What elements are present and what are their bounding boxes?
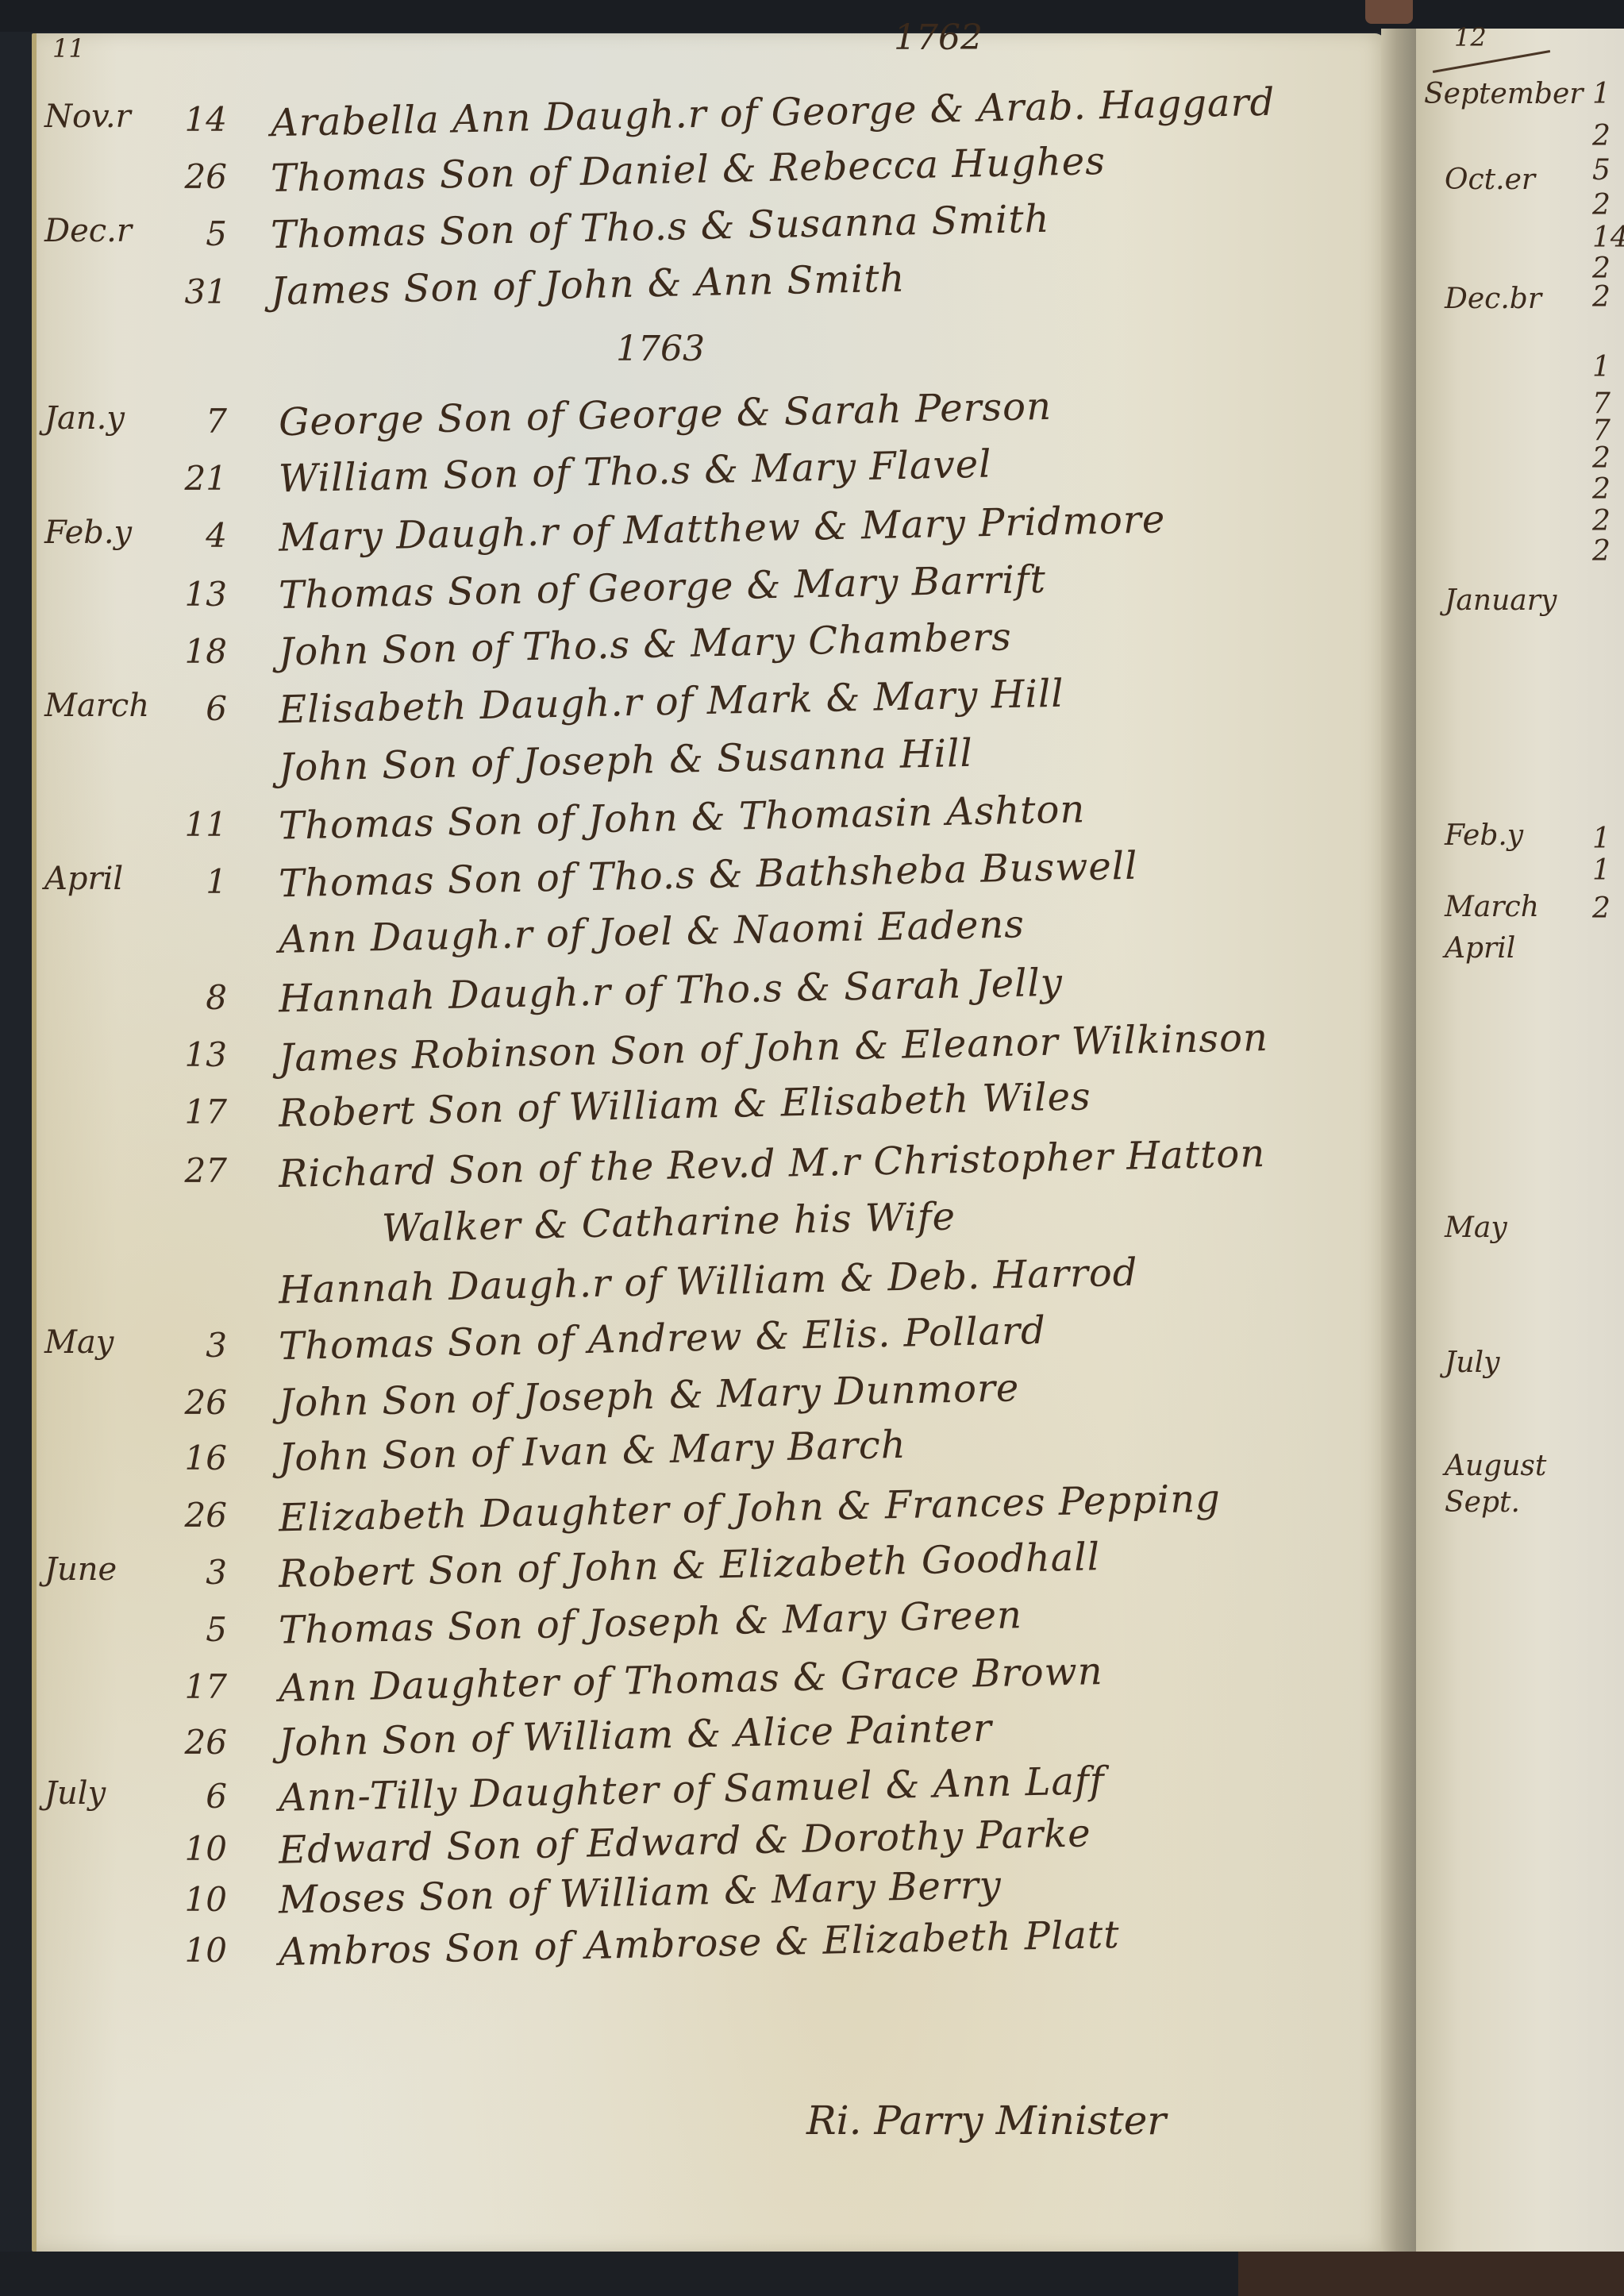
- entry-day: 6: [156, 689, 227, 728]
- right-page-day: 2: [1592, 189, 1611, 222]
- right-page-day: 1: [1592, 854, 1611, 887]
- folio-mark: 12: [1454, 22, 1487, 52]
- right-page-month: April: [1445, 932, 1515, 965]
- entry-text: Robert Son of William & Elisabeth Wiles: [279, 1074, 1092, 1135]
- binding-tab: [1365, 0, 1413, 24]
- left-page: 11 1762 1763 Nov.r14Arabella Ann Daugh.r…: [32, 33, 1386, 2252]
- entry-day: 7: [156, 402, 227, 441]
- entry-text: Thomas Son of Tho.s & Bathsheba Buswell: [279, 844, 1138, 907]
- right-page-day: 14: [1592, 222, 1624, 254]
- entry-month: Nov.r: [44, 98, 131, 135]
- entry-text: Arabella Ann Daugh.r of George & Arab. H…: [271, 80, 1276, 145]
- entry-day: 21: [156, 459, 227, 498]
- entry-text: Thomas Son of Daniel & Rebecca Hughes: [271, 139, 1106, 201]
- right-page-day: 2: [1592, 473, 1611, 506]
- right-page-day: 1: [1592, 351, 1611, 383]
- right-page-month: July: [1445, 1346, 1499, 1379]
- entry-text: James Son of John & Ann Smith: [271, 256, 906, 314]
- entry-text: Ann-Tilly Daughter of Samuel & Ann Laff: [279, 1759, 1106, 1820]
- entry-day: 26: [156, 157, 227, 196]
- entry-text: Thomas Son of John & Thomasin Ashton: [279, 787, 1086, 848]
- entry-text: Ann Daughter of Thomas & Grace Brown: [279, 1649, 1104, 1711]
- entry-text: John Son of Joseph & Mary Dunmore: [279, 1366, 1020, 1426]
- entry-day: 17: [156, 1092, 227, 1131]
- entry-text: William Son of Tho.s & Mary Flavel: [279, 442, 992, 502]
- entry-day: 10: [156, 1829, 227, 1868]
- entry-day: 3: [156, 1553, 227, 1592]
- entry-month: April: [44, 861, 123, 897]
- entry-text: John Son of Joseph & Susanna Hill: [279, 731, 974, 790]
- entry-text: Hannah Daugh.r of Tho.s & Sarah Jelly: [279, 961, 1064, 1022]
- folio-underline: [1433, 50, 1550, 73]
- entry-month: Feb.y: [44, 514, 132, 551]
- entry-day: 26: [156, 1383, 227, 1422]
- right-page-day: 1: [1592, 78, 1611, 110]
- entry-text: John Son of William & Alice Painter: [279, 1706, 993, 1766]
- entry-text: Mary Daugh.r of Matthew & Mary Pridmore: [279, 497, 1166, 560]
- right-page-month: May: [1445, 1212, 1507, 1244]
- entry-month: July: [44, 1775, 106, 1812]
- folio-mark: 11: [52, 33, 85, 64]
- right-page-day: 2: [1592, 442, 1611, 475]
- right-page-day: 5: [1592, 154, 1611, 187]
- entry-day: 13: [156, 575, 227, 614]
- entry-text: Thomas Son of George & Mary Barrift: [279, 557, 1047, 618]
- entry-day: 1: [156, 862, 227, 901]
- entry-day: 4: [156, 516, 227, 555]
- entry-month: Dec.r: [44, 213, 132, 249]
- entry-text: Elisabeth Daugh.r of Mark & Mary Hill: [279, 672, 1065, 733]
- right-page-month: September: [1424, 78, 1583, 110]
- entry-text: John Son of Tho.s & Mary Chambers: [279, 614, 1013, 674]
- entry-text: Robert Son of John & Elizabeth Goodhall: [279, 1535, 1101, 1597]
- right-page-day: 2: [1592, 281, 1611, 314]
- right-page-day: 1: [1592, 822, 1611, 855]
- book-gutter: [1381, 29, 1416, 2252]
- right-page-day: 2: [1592, 535, 1611, 568]
- entry-day: 13: [156, 1035, 227, 1074]
- entry-text: George Son of George & Sarah Person: [279, 384, 1053, 445]
- right-page-month: Feb.y: [1445, 819, 1523, 852]
- right-page-month: August: [1445, 1450, 1546, 1482]
- right-page-day: 2: [1592, 892, 1611, 925]
- entry-day: 8: [156, 978, 227, 1017]
- leather-edge: [1238, 2252, 1624, 2296]
- right-page-day: 2: [1592, 252, 1611, 285]
- entry-day: 17: [156, 1667, 227, 1706]
- entry-day: 5: [156, 1610, 227, 1649]
- entry-text: Moses Son of William & Mary Berry: [279, 1863, 1002, 1922]
- entry-text: James Robinson Son of John & Eleanor Wil…: [279, 1015, 1269, 1081]
- entry-text: Ann Daugh.r of Joel & Naomi Eadens: [279, 902, 1026, 962]
- entry-text: Walker & Catharine his Wife: [381, 1194, 956, 1250]
- right-page-month: March: [1445, 891, 1539, 923]
- entry-text: Hannah Daugh.r of William & Deb. Harrod: [279, 1250, 1138, 1313]
- entry-day: 11: [156, 805, 227, 844]
- entry-day: 26: [156, 1723, 227, 1762]
- right-page-partial: 12 SeptemberOct.erDec.brJanuaryFeb.yMarc…: [1416, 29, 1624, 2252]
- right-page-day: 2: [1592, 505, 1611, 537]
- entry-day: 27: [156, 1151, 227, 1190]
- entry-text: Elizabeth Daughter of John & Frances Pep…: [279, 1477, 1222, 1541]
- entry-day: 10: [156, 1931, 227, 1970]
- entry-day: 14: [156, 100, 227, 139]
- entry-text: Richard Son of the Rev.d M.r Christopher…: [279, 1131, 1266, 1196]
- right-page-month: Dec.br: [1445, 283, 1541, 315]
- entry-month: Jan.y: [44, 400, 125, 437]
- right-page-month: Sept.: [1445, 1486, 1520, 1519]
- right-page-day: 2: [1592, 120, 1611, 152]
- entry-day: 6: [156, 1777, 227, 1816]
- entry-text: Ambros Son of Ambrose & Elizabeth Platt: [279, 1913, 1121, 1974]
- right-page-month: Oct.er: [1445, 164, 1535, 196]
- minister-signature: Ri. Parry Minister: [806, 2098, 1166, 2144]
- entry-day: 18: [156, 632, 227, 671]
- entry-text: Thomas Son of Andrew & Elis. Pollard: [279, 1308, 1047, 1369]
- entry-month: May: [44, 1324, 114, 1361]
- entry-month: March: [44, 688, 149, 724]
- entry-text: John Son of Ivan & Mary Barch: [279, 1423, 907, 1481]
- right-page-month: January: [1445, 584, 1557, 617]
- entry-day: 10: [156, 1880, 227, 1919]
- entry-day: 31: [156, 272, 227, 311]
- entry-month: June: [44, 1551, 117, 1588]
- year-heading: 1763: [616, 329, 705, 369]
- entry-day: 3: [156, 1326, 227, 1365]
- entry-text: Thomas Son of Joseph & Mary Green: [279, 1593, 1023, 1653]
- entry-day: 5: [156, 214, 227, 253]
- entry-day: 16: [156, 1439, 227, 1477]
- entry-text: Thomas Son of Tho.s & Susanna Smith: [271, 197, 1051, 258]
- year-heading: 1762: [894, 17, 983, 58]
- entry-day: 26: [156, 1496, 227, 1535]
